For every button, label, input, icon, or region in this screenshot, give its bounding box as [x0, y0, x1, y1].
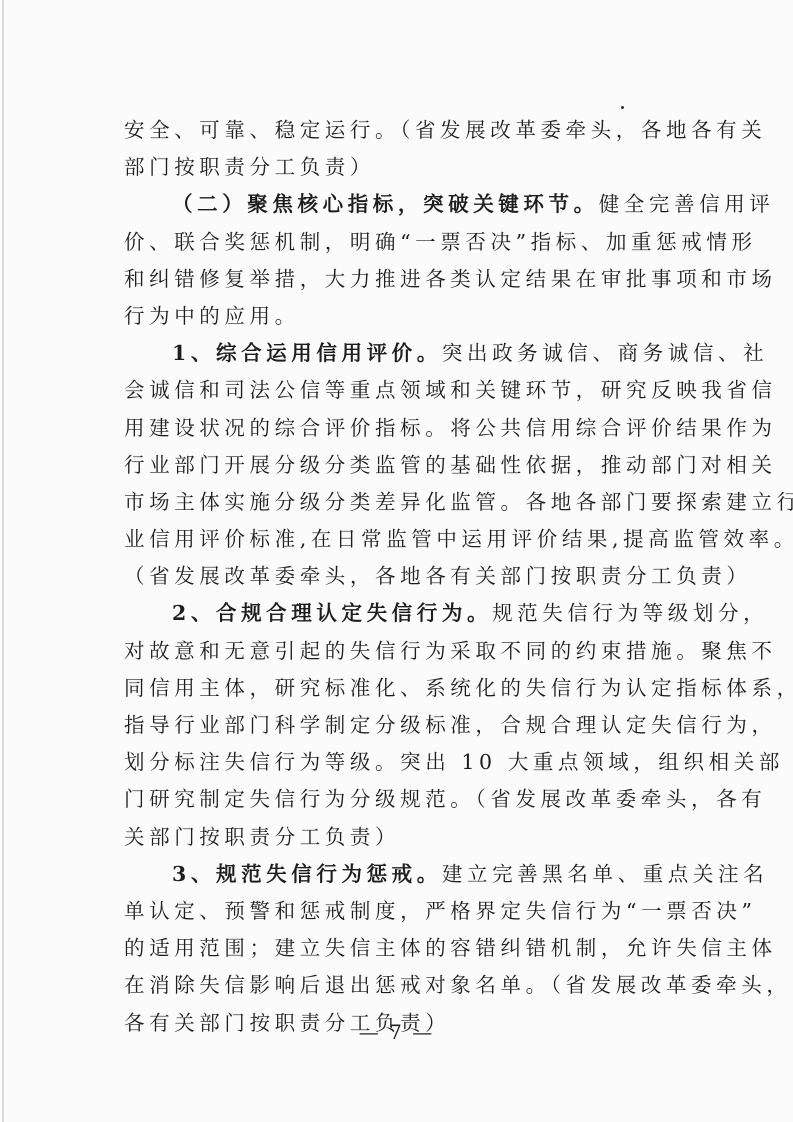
line-text: 安全、可靠、稳定运行。（省发展改革委牵头，各地各有关: [124, 118, 766, 142]
text-line: 价、联合奖惩机制，明确“一票否决”指标、加重惩戒情形: [124, 224, 662, 261]
text-line: 和纠错修复举措，大力推进各类认定结果在审批事项和市场: [124, 261, 662, 298]
text-line: 对故意和无意引起的失信行为采取不同的约束措施。聚焦不: [124, 633, 662, 670]
text-line: 划分标注失信行为等级。突出 10 大重点领域，组织相关部: [124, 744, 662, 781]
text-line: 在消除失信影响后退出惩戒对象名单。（省发展改革委牵头，: [124, 967, 662, 1004]
scan-speck: [621, 106, 624, 109]
page-number: — 7 —: [0, 1020, 793, 1044]
text-line: 会诚信和司法公信等重点领域和关键环节，研究反映我省信: [124, 372, 662, 409]
line-text: 指导行业部门科学制定分级标准，合规合理认定失信行为，: [124, 713, 777, 737]
line-text: 业信用评价标准,在日常监管中运用评价结果,提高监管效率。: [124, 527, 793, 551]
line-text: 的适用范围；建立失信主体的容错纠错机制，允许失信主体: [124, 936, 777, 960]
paragraph-heading-line: （二）聚焦核心指标，突破关键环节。健全完善信用评: [124, 186, 662, 223]
line-text: 会诚信和司法公信等重点领域和关键环节，研究反映我省信: [124, 378, 777, 402]
text-line: 门研究制定失信行为分级规范。（省发展改革委牵头，各有: [124, 781, 662, 818]
line-text: 用建设状况的综合评价指标。将公共信用综合评价结果作为: [124, 416, 777, 440]
section-heading: 1、综合运用信用评价。: [172, 341, 442, 365]
text-line: 指导行业部门科学制定分级标准，合规合理认定失信行为，: [124, 707, 662, 744]
line-text: 关部门按职责分工负责）: [124, 825, 400, 849]
line-text: 和纠错修复举措，大力推进各类认定结果在审批事项和市场: [124, 267, 777, 291]
line-text: 单认定、预警和惩戒制度，严格界定失信行为“一票否决”: [124, 899, 757, 923]
line-text: 门研究制定失信行为分级规范。（省发展改革委牵头，各有: [124, 787, 766, 811]
paragraph-heading-line: 2、合规合理认定失信行为。规范失信行为等级划分，: [124, 595, 662, 632]
section-heading: 2、合规合理认定失信行为。: [172, 601, 492, 625]
text-line: （省发展改革委牵头，各地各有关部门按职责分工负责）: [124, 558, 662, 595]
line-text: 对故意和无意引起的失信行为采取不同的约束措施。聚焦不: [124, 639, 777, 663]
line-text: 划分标注失信行为等级。突出 10 大重点领域，组织相关部: [124, 750, 784, 774]
text-line: 行业部门开展分级分类监管的基础性依据，推动部门对相关: [124, 447, 662, 484]
line-text: 在消除失信影响后退出惩戒对象名单。（省发展改革委牵头，: [124, 973, 791, 997]
line-text: 行业部门开展分级分类监管的基础性依据，推动部门对相关: [124, 453, 777, 477]
text-line: 行为中的应用。: [124, 298, 662, 335]
text-line: 安全、可靠、稳定运行。（省发展改革委牵头，各地各有关: [124, 112, 662, 149]
line-text: 部门按职责分工负责）: [124, 155, 375, 179]
line-text: 健全完善信用评: [599, 192, 775, 216]
line-text: 同信用主体，研究标准化、系统化的失信行为认定指标体系，: [124, 676, 793, 700]
text-line: 的适用范围；建立失信主体的容错纠错机制，允许失信主体: [124, 930, 662, 967]
line-text: 市场主体实施分级分类差异化监管。各地各部门要探索建立行: [124, 490, 793, 514]
scan-border: [2, 0, 4, 1122]
text-line: 单认定、预警和惩戒制度，严格界定失信行为“一票否决”: [124, 893, 662, 930]
line-text: 突出政务诚信、商务诚信、社: [442, 341, 768, 365]
line-text: （省发展改革委牵头，各地各有关部门按职责分工负责）: [124, 564, 752, 588]
line-text: 价、联合奖惩机制，明确“一票否决”指标、加重惩戒情形: [124, 230, 757, 254]
text-line: 用建设状况的综合评价指标。将公共信用综合评价结果作为: [124, 410, 662, 447]
text-line: 市场主体实施分级分类差异化监管。各地各部门要探索建立行: [124, 484, 662, 521]
paragraph-heading-line: 3、规范失信行为惩戒。建立完善黑名单、重点关注名: [124, 856, 662, 893]
section-heading: （二）聚焦核心指标，突破关键环节。: [172, 192, 599, 216]
document-body: 安全、可靠、稳定运行。（省发展改革委牵头，各地各有关部门按职责分工负责）（二）聚…: [124, 112, 662, 1042]
text-line: 同信用主体，研究标准化、系统化的失信行为认定指标体系，: [124, 670, 662, 707]
text-line: 部门按职责分工负责）: [124, 149, 662, 186]
line-text: 建立完善黑名单、重点关注名: [442, 862, 768, 886]
text-line: 业信用评价标准,在日常监管中运用评价结果,提高监管效率。: [124, 521, 662, 558]
paragraph-heading-line: 1、综合运用信用评价。突出政务诚信、商务诚信、社: [124, 335, 662, 372]
text-line: 关部门按职责分工负责）: [124, 819, 662, 856]
section-heading: 3、规范失信行为惩戒。: [172, 862, 442, 886]
line-text: 规范失信行为等级划分，: [492, 601, 768, 625]
line-text: 行为中的应用。: [124, 304, 300, 328]
